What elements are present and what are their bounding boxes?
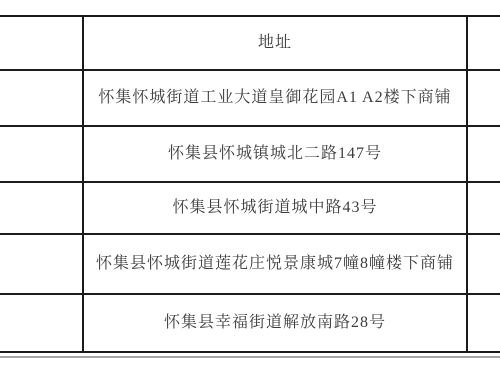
branch-name-cell: 支行: [0, 70, 83, 126]
table-row: 行 怀集县幸福街道解放南路28号: [0, 294, 500, 352]
branch-address-table: 称 地址 支行 怀集怀城街道工业大道皇御花园A1 A2楼下商铺 行: [0, 15, 500, 353]
table-row: 支行 怀集县怀城街道莲花庄悦景康城7幢8幢楼下商铺: [0, 234, 500, 294]
table-row: 支行 怀集怀城街道工业大道皇御花园A1 A2楼下商铺: [0, 70, 500, 126]
branch-address-text: 怀集县幸福街道解放南路28号: [164, 314, 386, 331]
branch-extra-cell: [467, 182, 500, 234]
branch-extra-cell: [467, 234, 500, 294]
header-name-cell: 称: [0, 16, 83, 70]
branch-address-table-container: 称 地址 支行 怀集怀城街道工业大道皇御花园A1 A2楼下商铺 行: [0, 15, 500, 353]
table-row: 行 怀集县怀城镇城北二路147号: [0, 126, 500, 182]
branch-address-text: 怀集县怀城街道城中路43号: [172, 199, 377, 216]
branch-address-cell: 怀集县怀城街道城中路43号: [83, 182, 467, 234]
screenshot-root: { "table": { "header": { "name_fragment"…: [0, 0, 500, 369]
branch-name-cell: 行: [0, 294, 83, 352]
branch-address-cell: 怀集县幸福街道解放南路28号: [83, 294, 467, 352]
branch-extra-cell: [467, 294, 500, 352]
branch-address-cell: 怀集县怀城镇城北二路147号: [83, 126, 467, 182]
branch-extra-cell: [467, 70, 500, 126]
branch-address-text: 怀集县怀城镇城北二路147号: [168, 145, 382, 162]
branch-address-cell: 怀集县怀城街道莲花庄悦景康城7幢8幢楼下商铺: [83, 234, 467, 294]
branch-name-cell: 支行: [0, 234, 83, 294]
branch-address-text: 怀集怀城街道工业大道皇御花园A1 A2楼下商铺: [98, 89, 451, 106]
branch-name-cell: 行: [0, 182, 83, 234]
branch-name-cell: 行: [0, 126, 83, 182]
branch-address-cell: 怀集怀城街道工业大道皇御花园A1 A2楼下商铺: [83, 70, 467, 126]
header-address-cell: 地址: [83, 16, 467, 70]
scan-artifact-line: [0, 356, 500, 358]
branch-address-text: 怀集县怀城街道莲花庄悦景康城7幢8幢楼下商铺: [96, 255, 454, 272]
branch-extra-cell: [467, 126, 500, 182]
header-address-label: 地址: [258, 34, 292, 51]
header-row: 称 地址: [0, 16, 500, 70]
header-extra-cell: [467, 16, 500, 70]
table-row: 行 怀集县怀城街道城中路43号: [0, 182, 500, 234]
